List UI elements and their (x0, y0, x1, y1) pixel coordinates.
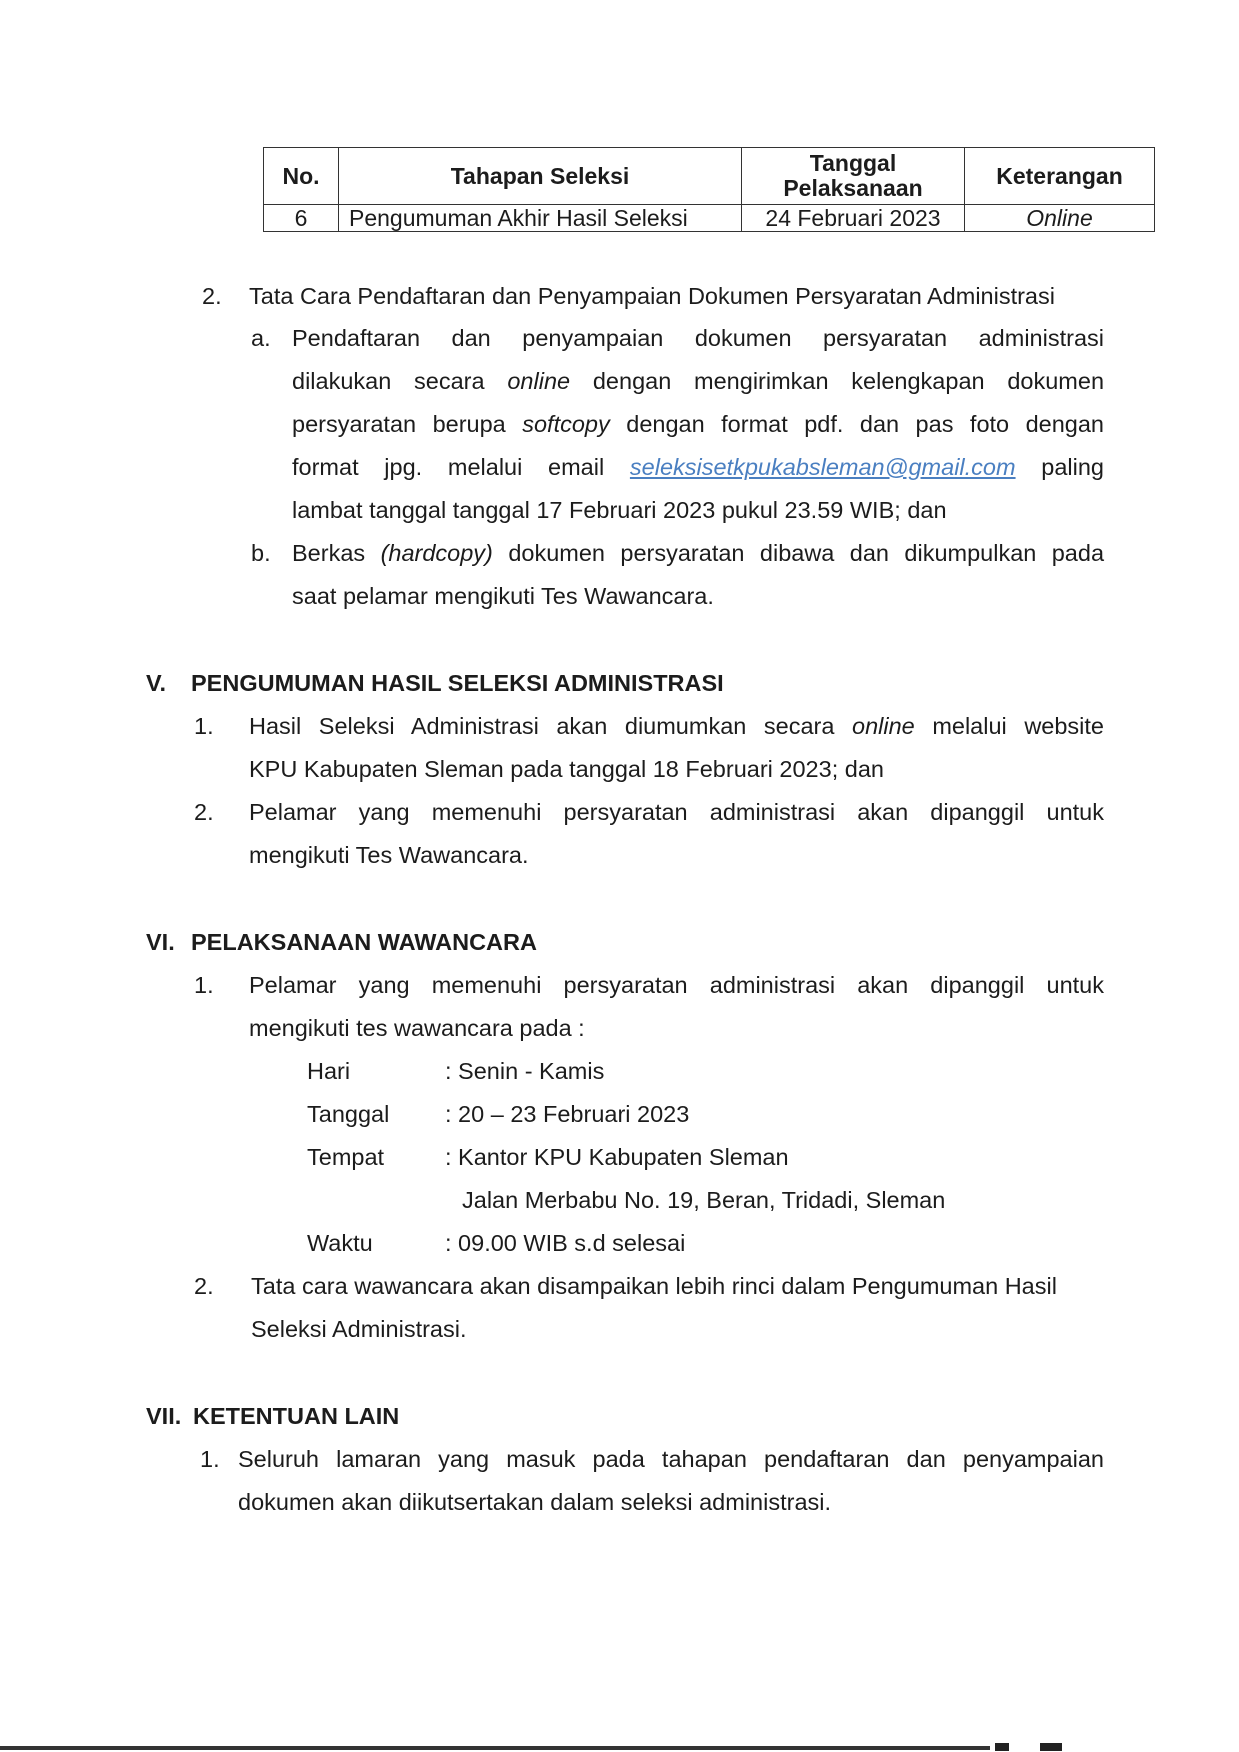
paragraph-line: mengikuti tes wawancara pada : (249, 1015, 585, 1042)
paragraph-line: KPU Kabupaten Sleman pada tanggal 18 Feb… (249, 756, 884, 783)
paragraph-line: lambat tanggal tanggal 17 Februari 2023 … (292, 497, 947, 524)
paragraph-line: Pelamar yang memenuhi persyaratan admini… (249, 799, 1104, 826)
subitem-marker-b: b. (251, 540, 271, 567)
paragraph-line: dokumen akan diikutsertakan dalam seleks… (238, 1489, 831, 1516)
section-title: KETENTUAN LAIN (193, 1403, 399, 1430)
subitem-marker-a: a. (251, 325, 271, 352)
header-tahapan: Tahapan Seleksi (339, 148, 742, 205)
document-page: No. Tahapan Seleksi Tanggal Pelaksanaan … (0, 0, 1239, 1752)
header-keterangan: Keterangan (965, 148, 1155, 205)
detail-value-tanggal: : 20 – 23 Februari 2023 (445, 1101, 689, 1128)
table-header-row: No. Tahapan Seleksi Tanggal Pelaksanaan … (264, 148, 1155, 205)
section-title: PELAKSANAAN WAWANCARA (191, 929, 537, 956)
item-number: 2. (194, 1273, 214, 1300)
paragraph-line: dilakukan secara online dengan mengirimk… (292, 368, 1104, 395)
detail-value-waktu: : 09.00 WIB s.d selesai (445, 1230, 685, 1257)
header-tanggal: Tanggal Pelaksanaan (742, 148, 965, 205)
email-link[interactable]: seleksisetkpukabsleman@gmail.com (630, 454, 1016, 480)
paragraph-line: format jpg. melalui email seleksisetkpuk… (292, 454, 1104, 481)
item-title: Tata Cara Pendaftaran dan Penyampaian Do… (249, 283, 1055, 310)
paragraph-line: mengikuti Tes Wawancara. (249, 842, 529, 869)
item-number: 1. (200, 1446, 220, 1473)
section-numeral: V. (146, 670, 166, 697)
item-number: 2. (202, 283, 222, 310)
paragraph-line: Tata cara wawancara akan disampaikan leb… (251, 1273, 1057, 1300)
detail-label-tempat: Tempat (307, 1144, 384, 1171)
footer-rule (0, 1746, 990, 1750)
paragraph-line: Hasil Seleksi Administrasi akan diumumka… (249, 713, 1104, 740)
paragraph-line: Seleksi Administrasi. (251, 1316, 467, 1343)
detail-value-hari: : Senin - Kamis (445, 1058, 604, 1085)
paragraph-line: Pendaftaran dan penyampaian dokumen pers… (292, 325, 1104, 352)
section-numeral: VI. (146, 929, 175, 956)
detail-value-tempat: : Kantor KPU Kabupaten Sleman (445, 1144, 789, 1171)
item-number: 1. (194, 713, 214, 740)
item-number: 1. (194, 972, 214, 999)
cell-no: 6 (264, 205, 339, 232)
detail-label-tanggal: Tanggal (307, 1101, 389, 1128)
paragraph-line: Pelamar yang memenuhi persyaratan admini… (249, 972, 1104, 999)
section-title: PENGUMUMAN HASIL SELEKSI ADMINISTRASI (191, 670, 724, 697)
header-no: No. (264, 148, 339, 205)
selection-schedule-table: No. Tahapan Seleksi Tanggal Pelaksanaan … (263, 147, 1155, 232)
cell-keterangan: Online (965, 205, 1155, 232)
cell-tanggal: 24 Februari 2023 (742, 205, 965, 232)
cell-tahapan: Pengumuman Akhir Hasil Seleksi (339, 205, 742, 232)
footer-mark (1040, 1743, 1062, 1751)
footer-mark (995, 1743, 1009, 1751)
section-numeral: VII. (146, 1403, 181, 1430)
detail-label-waktu: Waktu (307, 1230, 373, 1257)
paragraph-line: Seluruh lamaran yang masuk pada tahapan … (238, 1446, 1104, 1473)
item-number: 2. (194, 799, 214, 826)
table-row: 6 Pengumuman Akhir Hasil Seleksi 24 Febr… (264, 205, 1155, 232)
paragraph-line: saat pelamar mengikuti Tes Wawancara. (292, 583, 714, 610)
paragraph-line: persyaratan berupa softcopy dengan forma… (292, 411, 1104, 438)
detail-value-address: Jalan Merbabu No. 19, Beran, Tridadi, Sl… (462, 1187, 945, 1214)
paragraph-line: Berkas (hardcopy) dokumen persyaratan di… (292, 540, 1104, 567)
detail-label-hari: Hari (307, 1058, 350, 1085)
